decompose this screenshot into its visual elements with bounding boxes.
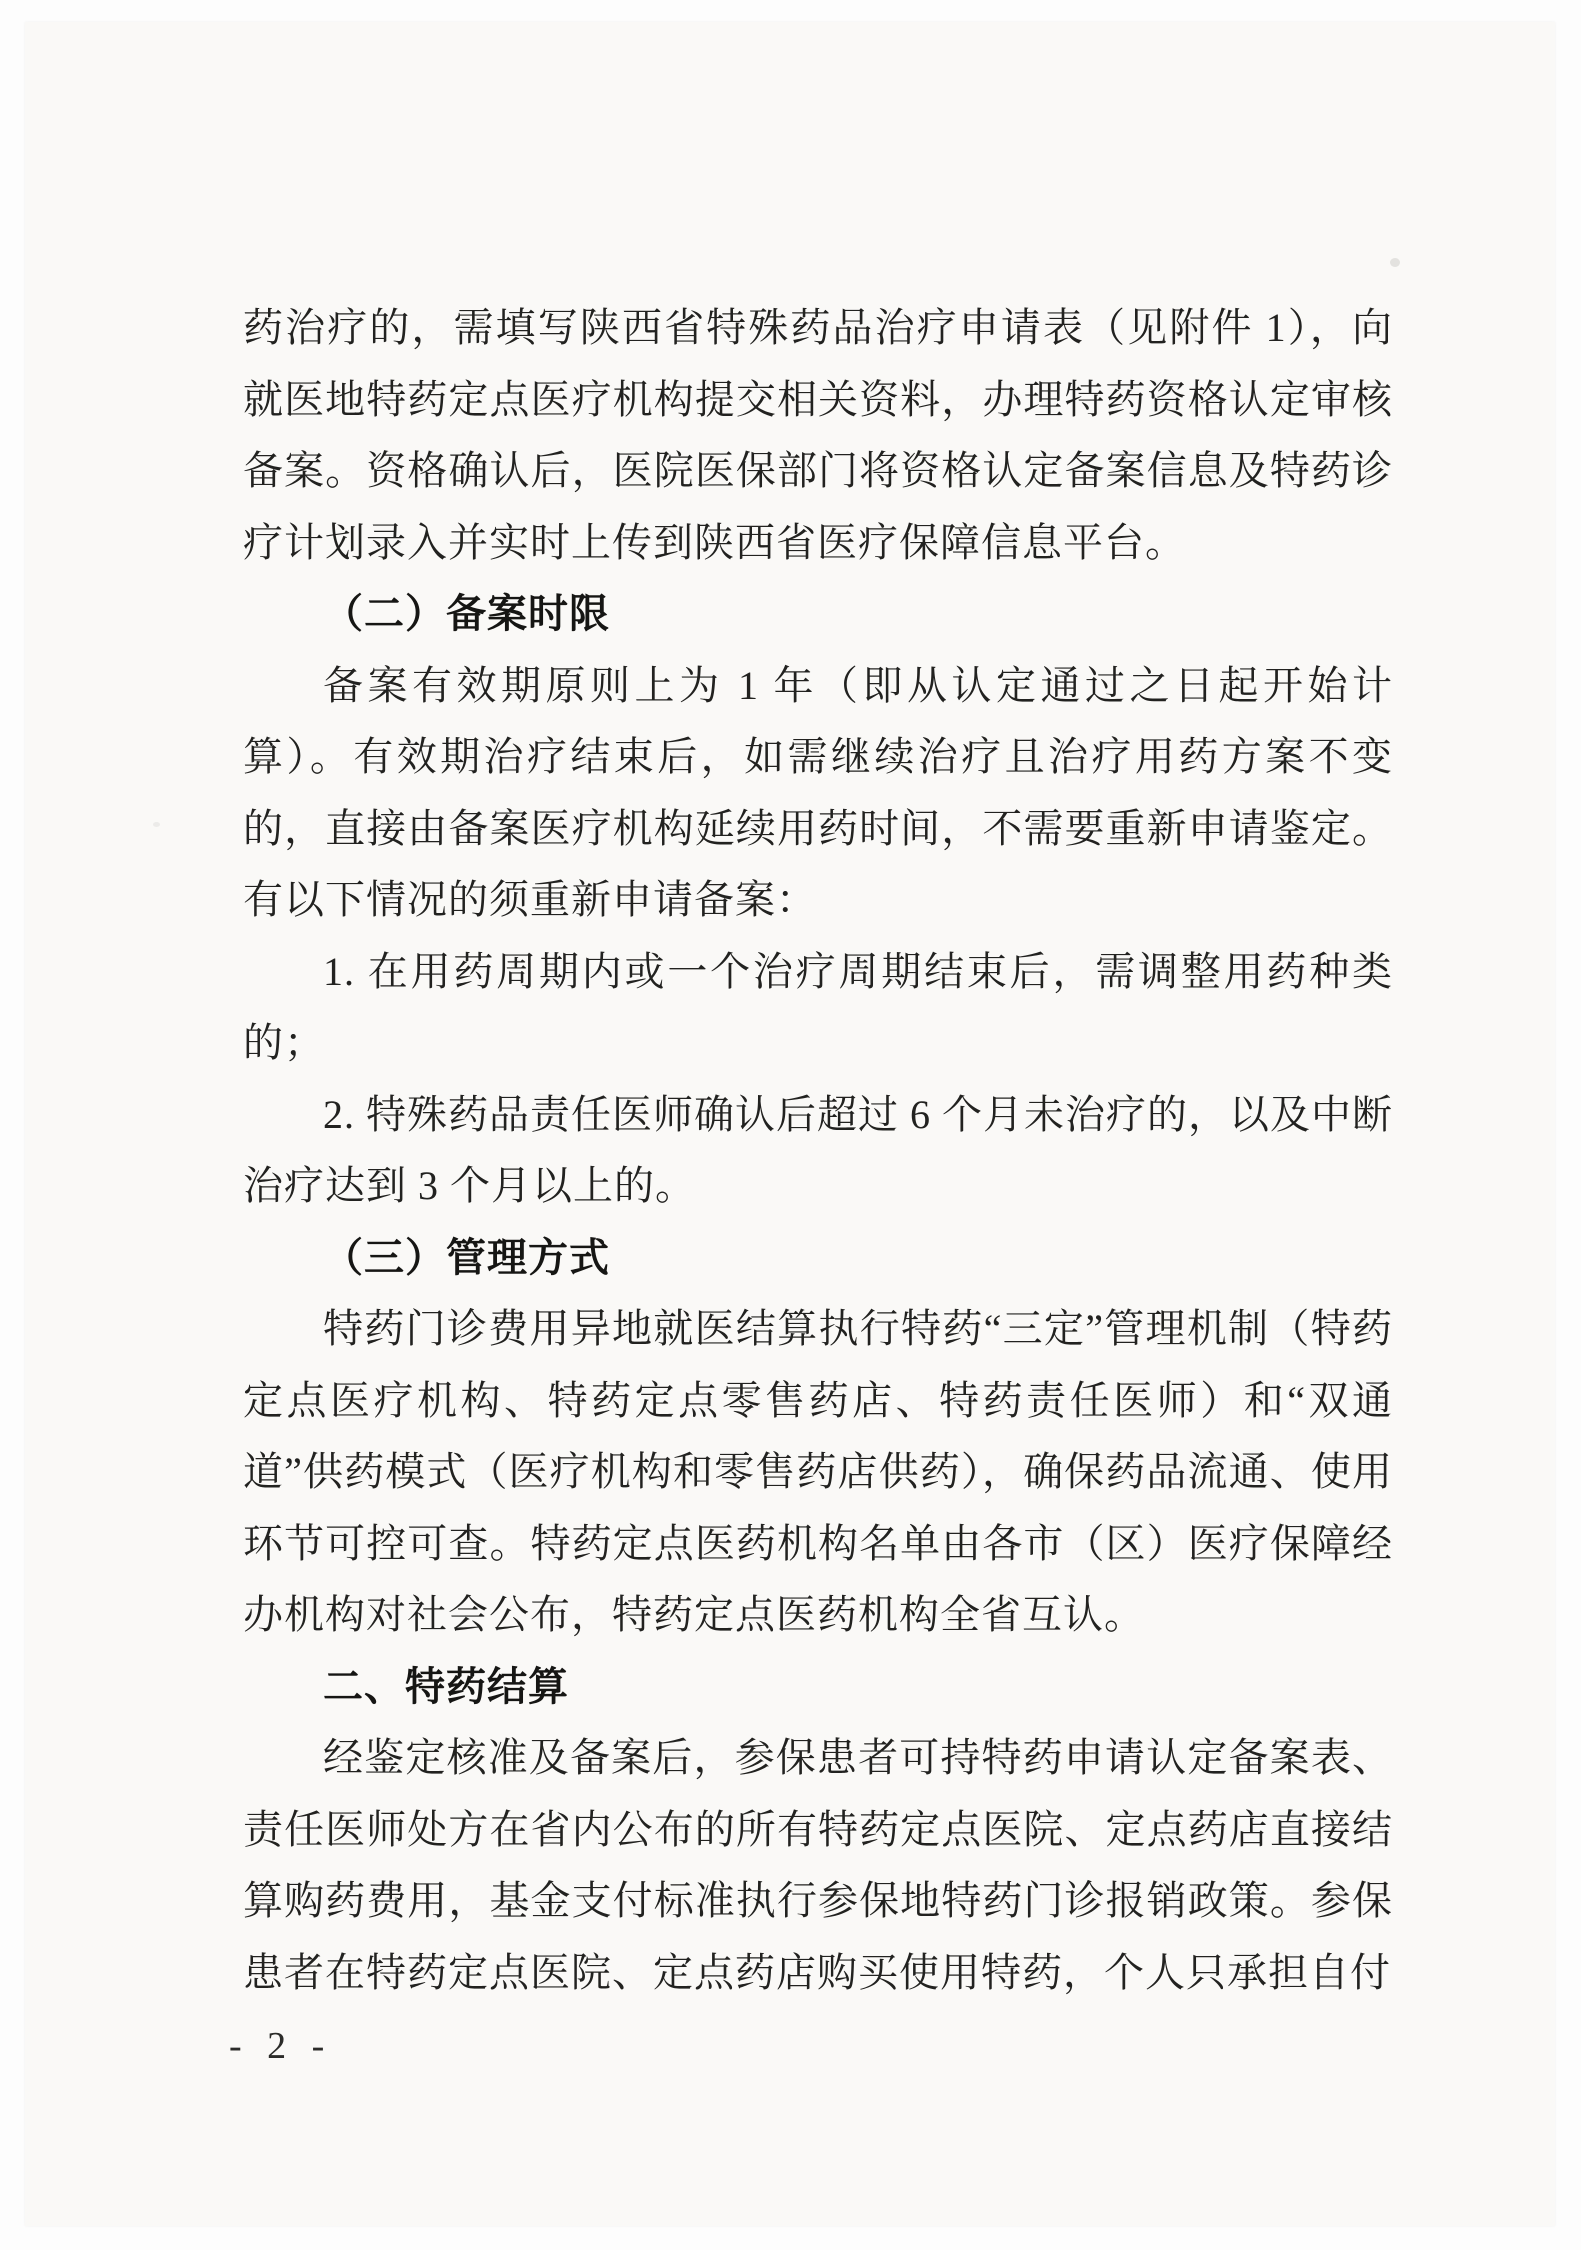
- scan-artifact: [1390, 258, 1400, 267]
- section-heading-3: （三）管理方式: [243, 1222, 1393, 1294]
- paragraph: 经鉴定核准及备案后，参保患者可持特药申请认定备案表、责任医师处方在省内公布的所有…: [243, 1722, 1393, 2008]
- list-item-1: 1. 在用药周期内或一个治疗周期结束后，需调整用药种类的；: [243, 936, 1393, 1079]
- paragraph: 备案有效期原则上为 1 年（即从认定通过之日起开始计算）。有效期治疗结束后，如需…: [243, 650, 1393, 936]
- page-number: - 2 -: [229, 2024, 332, 2068]
- scan-artifact: [153, 822, 160, 827]
- document-page: 药治疗的，需填写陕西省特殊药品治疗申请表（见附件 1），向就医地特药定点医疗机构…: [25, 22, 1555, 2226]
- paragraph-continuation: 药治疗的，需填写陕西省特殊药品治疗申请表（见附件 1），向就医地特药定点医疗机构…: [243, 292, 1393, 578]
- paragraph: 特药门诊费用异地就医结算执行特药“三定”管理机制（特药定点医疗机构、特药定点零售…: [243, 1293, 1393, 1651]
- chapter-heading-2: 二、特药结算: [243, 1651, 1393, 1723]
- list-item-2: 2. 特殊药品责任医师确认后超过 6 个月未治疗的，以及中断治疗达到 3 个月以…: [243, 1079, 1393, 1222]
- document-body: 药治疗的，需填写陕西省特殊药品治疗申请表（见附件 1），向就医地特药定点医疗机构…: [243, 292, 1393, 2008]
- section-heading-2: （二）备案时限: [243, 578, 1393, 650]
